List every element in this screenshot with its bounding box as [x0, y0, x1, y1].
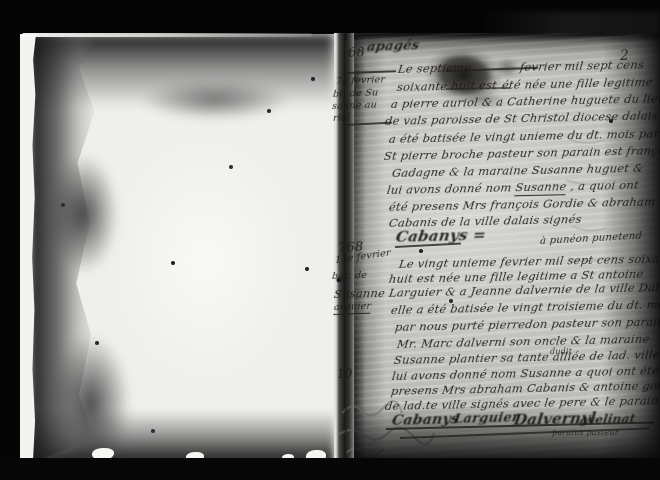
family-name-underlined: arguier — [333, 301, 372, 315]
record1-margin-note: bt. de Su — [332, 87, 378, 100]
record1-line: fevrier mil sept cens — [519, 57, 645, 74]
record1-margin-note: riol — [332, 112, 350, 124]
left-blank-page — [20, 34, 334, 464]
page-edge-highlight — [22, 33, 312, 37]
record1-year: 68 — [348, 45, 366, 61]
record1-margin-date: 7e fevrier — [335, 74, 385, 87]
record1-line-part: , a quoi ont — [566, 178, 640, 194]
stain-blob — [48, 154, 118, 274]
record1-line: soixante huit est — [396, 78, 498, 94]
record2-margin-number: 10 — [337, 366, 353, 381]
stain-blob — [50, 334, 130, 464]
record1-margin-note: sanne au — [331, 99, 377, 112]
stain-blob — [140, 80, 290, 120]
record1-line: Le septieme — [397, 60, 472, 76]
interline-note: dudit — [550, 347, 572, 356]
record2-margin-note: bat: de — [331, 270, 367, 282]
header-flourish: apagés — [366, 38, 421, 55]
record2-margin-note: arguier — [333, 301, 371, 313]
register-scan: 68 apagés 2 7e fevrier bt. de Su sanne a… — [0, 0, 660, 480]
film-bottom-border — [0, 458, 660, 480]
record1-line-part: lui avons donné nom — [386, 180, 516, 197]
baptized-name-underlined: Susanne — [514, 179, 567, 196]
dust-specks — [0, 0, 2, 2]
